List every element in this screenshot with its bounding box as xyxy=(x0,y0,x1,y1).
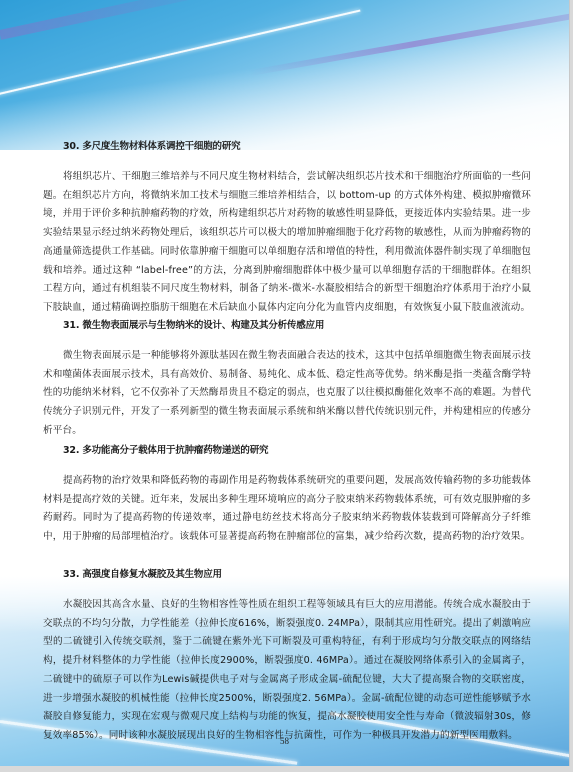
section-title: 31. 微生物表面展示与生物纳米的设计、构建及其分析传感应用 xyxy=(63,319,531,333)
section-title: 32. 多功能高分子载体用于抗肿瘤药物递送的研究 xyxy=(63,444,531,458)
section-title: 30. 多尺度生物材料体系调控干细胞的研究 xyxy=(63,140,531,154)
section-title: 33. 高强度自修复水凝胶及其生物应用 xyxy=(63,568,531,582)
section-33: 33. 高强度自修复水凝胶及其生物应用 水凝胶因其高含水量、良好的生物相容性等性… xyxy=(43,568,531,746)
document-page: 30. 多尺度生物材料体系调控干细胞的研究 将组织芯片、干细胞三维培养与不同尺度… xyxy=(0,0,570,766)
section-32: 32. 多功能高分子载体用于抗肿瘤药物递送的研究 提高药物的治疗效果和降低药物的… xyxy=(43,444,531,547)
section-body: 水凝胶因其高含水量、良好的生物相容性等性质在组织工程等领域具有巨大的应用潜能。传… xyxy=(43,596,531,746)
section-31: 31. 微生物表面展示与生物纳米的设计、构建及其分析传感应用 微生物表面展示是一… xyxy=(43,319,531,441)
page-number: 58 xyxy=(0,736,569,746)
section-body: 提高药物的治疗效果和降低药物的毒副作用是药物载体系统研究的重要问题，发展高效传输… xyxy=(43,472,531,547)
section-body: 将组织芯片、干细胞三维培养与不同尺度生物材料结合，尝试解决组织芯片技术和干细胞治… xyxy=(43,168,531,318)
section-body: 微生物表面展示是一种能够将外源肽基因在微生物表面融合表达的技术，这其中包括单细胞… xyxy=(43,347,531,441)
section-30: 30. 多尺度生物材料体系调控干细胞的研究 将组织芯片、干细胞三维培养与不同尺度… xyxy=(43,140,531,318)
